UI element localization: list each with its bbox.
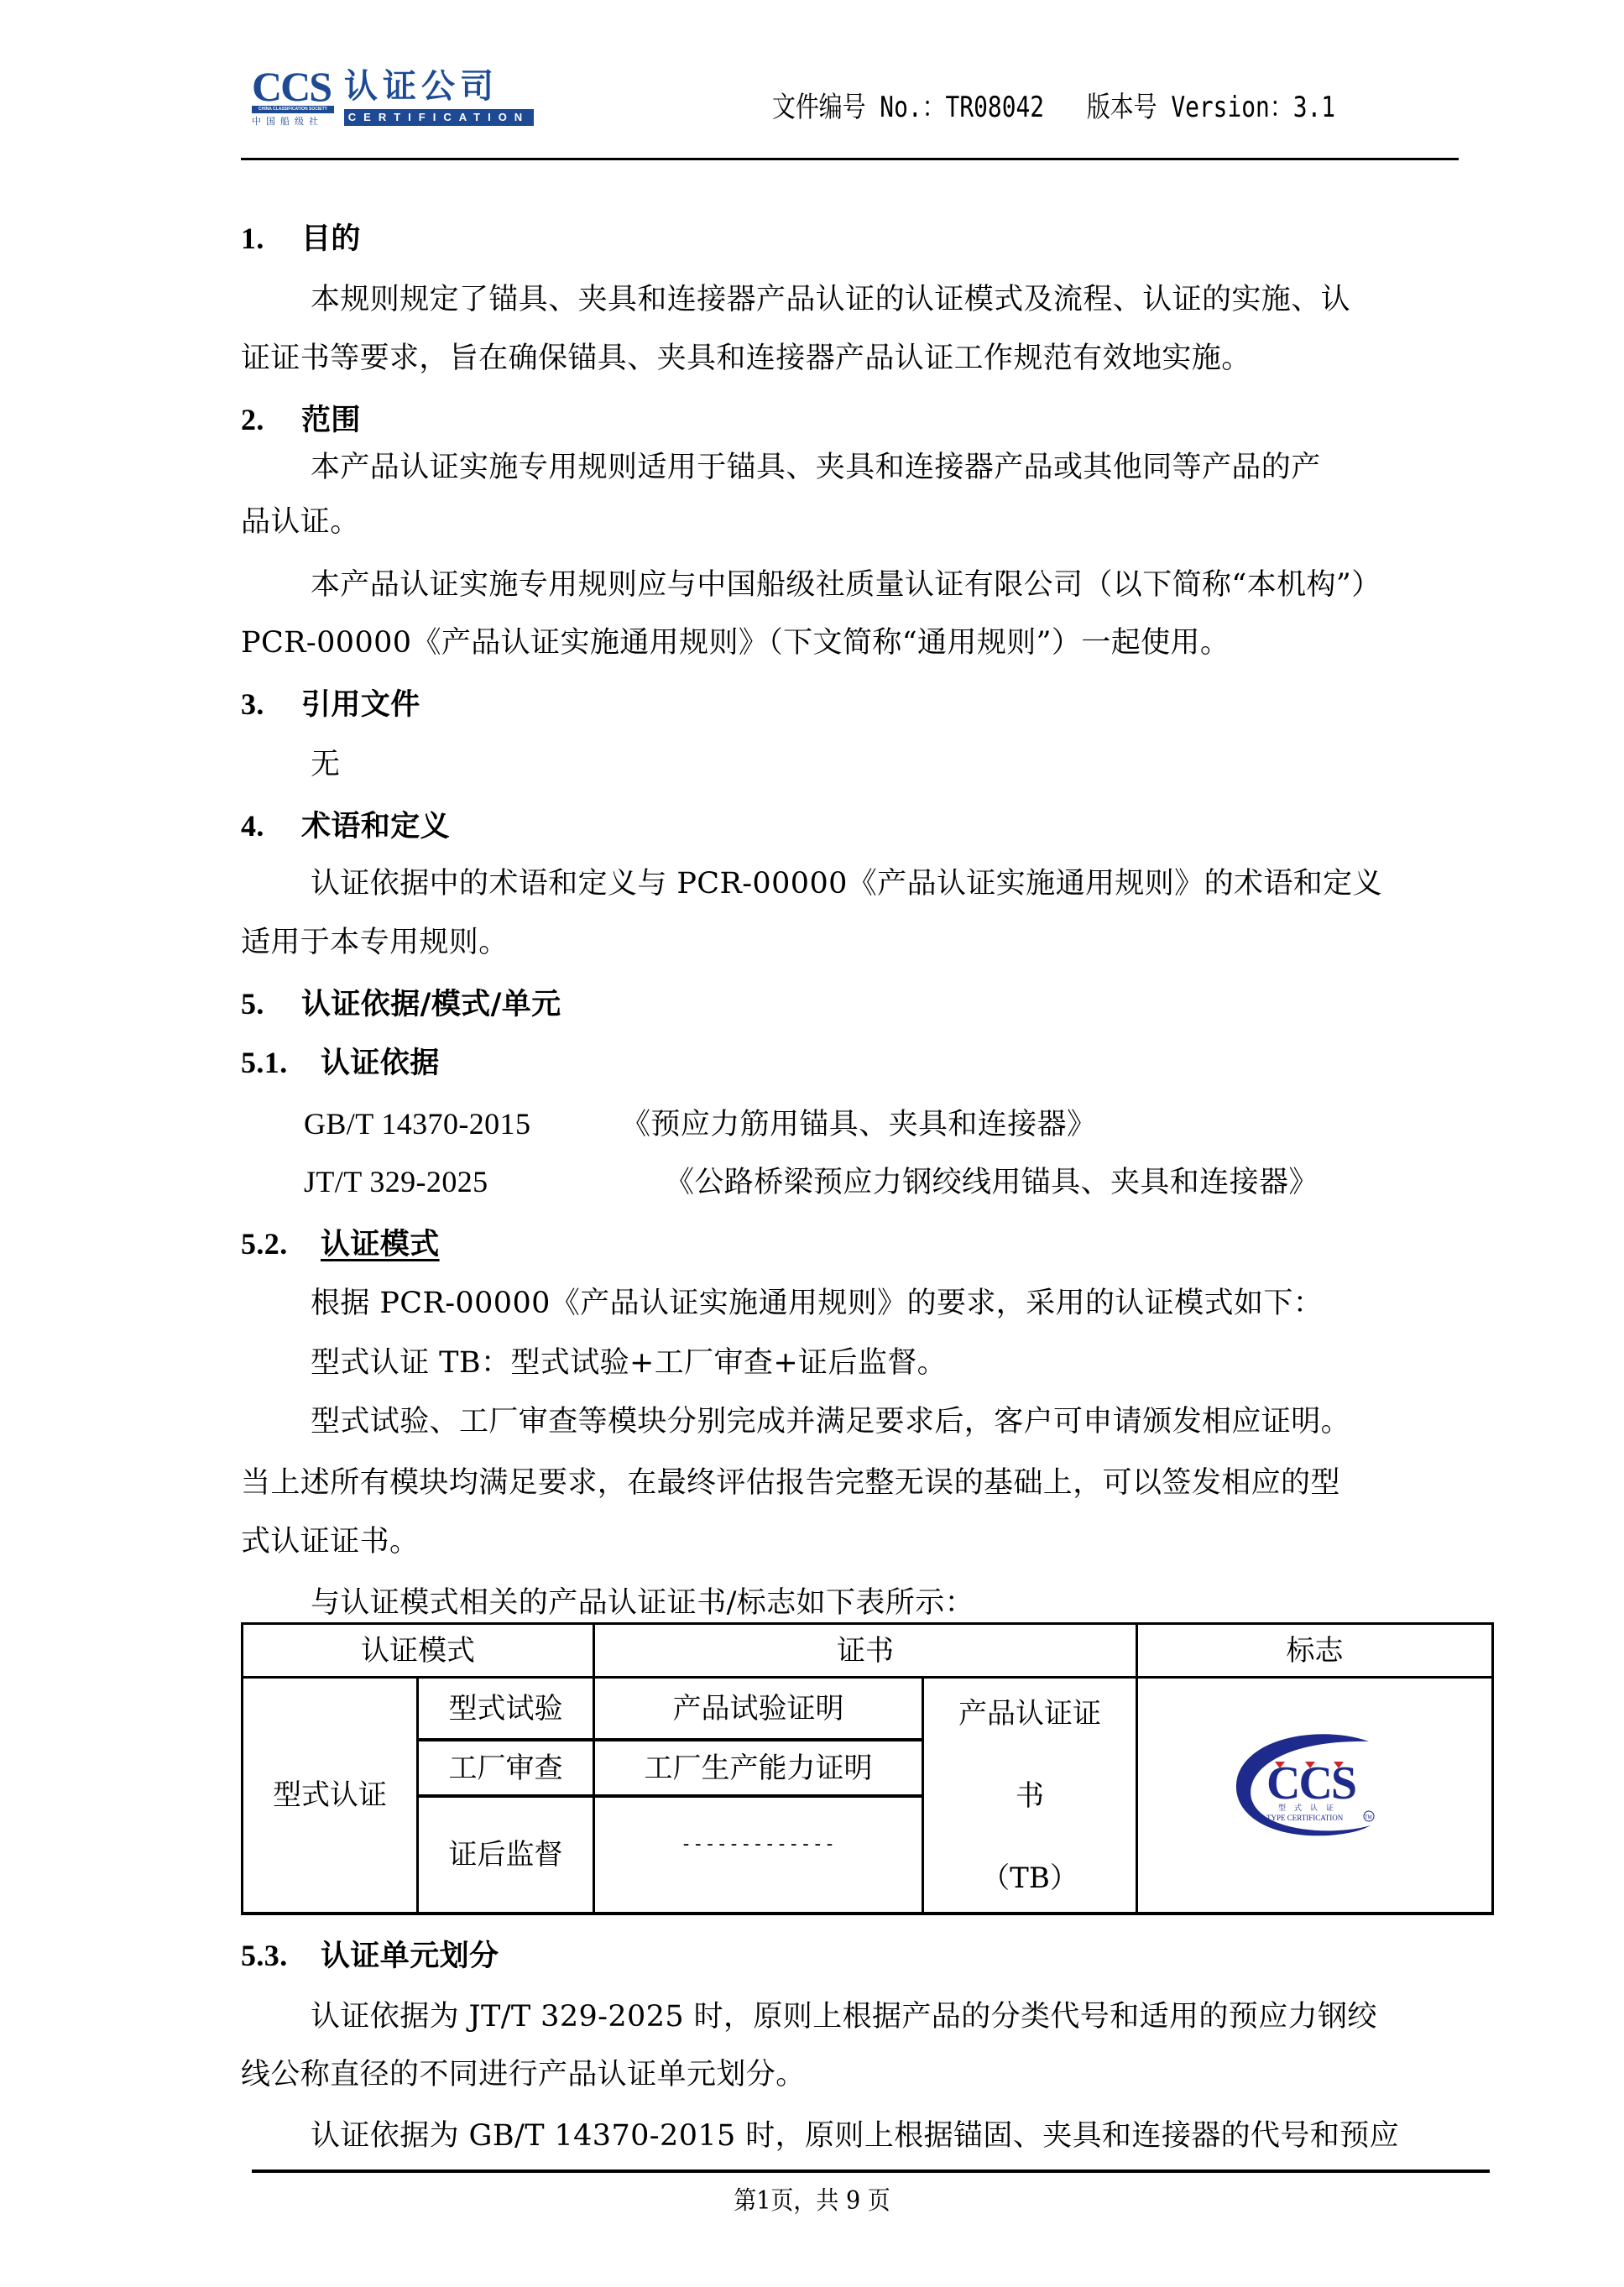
paragraph: 与认证模式相关的产品认证证书/标志如下表所示： xyxy=(311,1585,974,1621)
section-heading-4: 4.术语和定义 xyxy=(241,807,450,845)
header-cell-mode: 认证模式 xyxy=(243,1625,593,1676)
paragraph: 认证依据中的术语和定义与 PCR-00000《产品认证实施通用规则》的术语和定义 xyxy=(311,865,1382,902)
society-cn-label: 中国船级社 xyxy=(252,114,323,128)
ccs-type-cert-emblem-icon: CCS 型式认证 TYPE CERTIFICATION TM xyxy=(1228,1731,1396,1841)
paragraph: 适用于本专用规则。 xyxy=(241,924,509,961)
paragraph: 本产品认证实施专用规则适用于锚具、夹具和连接器产品或其他同等产品的产 xyxy=(311,449,1321,486)
society-en-label: CHINA CLASSIFICATION SOCIETY xyxy=(252,106,334,113)
paragraph: PCR-00000《产品认证实施通用规则》（下文简称“通用规则”）一起使用。 xyxy=(241,624,1230,661)
paragraph: 式认证证书。 xyxy=(241,1523,419,1560)
paragraph: 品认证。 xyxy=(241,504,360,540)
company-logo: CCS CHINA CLASSIFICATION SOCIETY 中国船级社 认… xyxy=(252,65,562,126)
company-en-name: CERTIFICATION xyxy=(344,109,534,126)
reference-standard: GB/T 14370-2015《预应力筋用锚具、夹具和连接器》 xyxy=(304,1105,1096,1143)
section-heading-2: 2.范围 xyxy=(241,401,361,439)
header-cell-certificate: 证书 xyxy=(595,1625,1136,1676)
paragraph: 根据 PCR-00000《产品认证实施通用规则》的要求，采用的认证模式如下： xyxy=(311,1285,1323,1322)
paragraph: 本规则规定了锚具、夹具和连接器产品认证的认证模式及流程、认证的实施、认 xyxy=(311,281,1350,318)
version-label: 版本号 Version： xyxy=(1087,91,1293,124)
paragraph: 型式认证 TB：型式试验+工厂审查+证后监督。 xyxy=(311,1345,947,1381)
certificate-cell: 工厂生产能力证明 xyxy=(595,1741,922,1794)
ccs-type-certification-logo: CCS 型式认证 TYPE CERTIFICATION TM xyxy=(1228,1731,1396,1841)
ccs-logo-mark: CCS xyxy=(252,65,331,107)
header-rule xyxy=(241,158,1459,160)
company-cn-name: 认证公司 xyxy=(344,69,499,104)
document-meta: 文件编号 No.：TR08042版本号 Version：3.1 xyxy=(772,91,1335,124)
paragraph: 线公称直径的不同进行产品认证单元划分。 xyxy=(241,2056,806,2093)
module-cell: 证后监督 xyxy=(419,1798,593,1912)
paragraph: 认证依据为 JT/T 329-2025 时，原则上根据产品的分类代号和适用的预应… xyxy=(311,1998,1377,2035)
certificate-cell: 产品试验证明 xyxy=(595,1679,922,1738)
certificate-cell: ------------- xyxy=(595,1798,922,1892)
section-heading-5-2: 5.2.认证模式 xyxy=(241,1225,440,1263)
footer-rule xyxy=(252,2170,1490,2173)
reference-standard: JT/T 329-2025《公路桥梁预应力钢绞线用锚具、夹具和连接器》 xyxy=(304,1163,1319,1201)
section-heading-3: 3.引用文件 xyxy=(241,686,420,723)
section-heading-5-1: 5.1.认证依据 xyxy=(241,1044,440,1082)
version: 3.1 xyxy=(1293,91,1335,124)
paragraph: 型式试验、工厂审查等模块分别完成并满足要求后，客户可申请颁发相应证明。 xyxy=(311,1403,1350,1440)
final-certificate-cell: 产品认证证 书 （TB） xyxy=(924,1679,1136,1912)
module-cell: 型式试验 xyxy=(419,1679,593,1738)
paragraph: 认证依据为 GB/T 14370-2015 时，原则上根据锚固、夹具和连接器的代… xyxy=(311,2117,1399,2154)
doc-no-label: 文件编号 No.： xyxy=(772,91,946,124)
section-heading-5: 5.认证依据/模式/单元 xyxy=(241,985,561,1023)
svg-text:TM: TM xyxy=(1365,1815,1372,1820)
paragraph: 无 xyxy=(311,746,340,783)
paragraph: 本产品认证实施专用规则应与中国船级社质量认证有限公司（以下简称“本机构”） xyxy=(311,567,1381,603)
paragraph: 证证书等要求，旨在确保锚具、夹具和连接器产品认证工作规范有效地实施。 xyxy=(241,340,1251,377)
section-heading-1: 1.目的 xyxy=(241,220,361,258)
header-cell-mark: 标志 xyxy=(1138,1625,1491,1676)
paragraph: 当上述所有模块均满足要求，在最终评估报告完整无误的基础上，可以签发相应的型 xyxy=(241,1465,1340,1501)
svg-text:型式认证: 型式认证 xyxy=(1278,1803,1342,1813)
module-cell: 工厂审查 xyxy=(419,1741,593,1794)
doc-no: TR08042 xyxy=(946,91,1045,124)
mode-cell: 型式认证 xyxy=(243,1679,416,1912)
svg-text:TYPE CERTIFICATION: TYPE CERTIFICATION xyxy=(1266,1814,1344,1822)
page-number: 第1页，共 9 页 xyxy=(81,2185,1543,2218)
section-heading-5-3: 5.3.认证单元划分 xyxy=(241,1937,499,1975)
